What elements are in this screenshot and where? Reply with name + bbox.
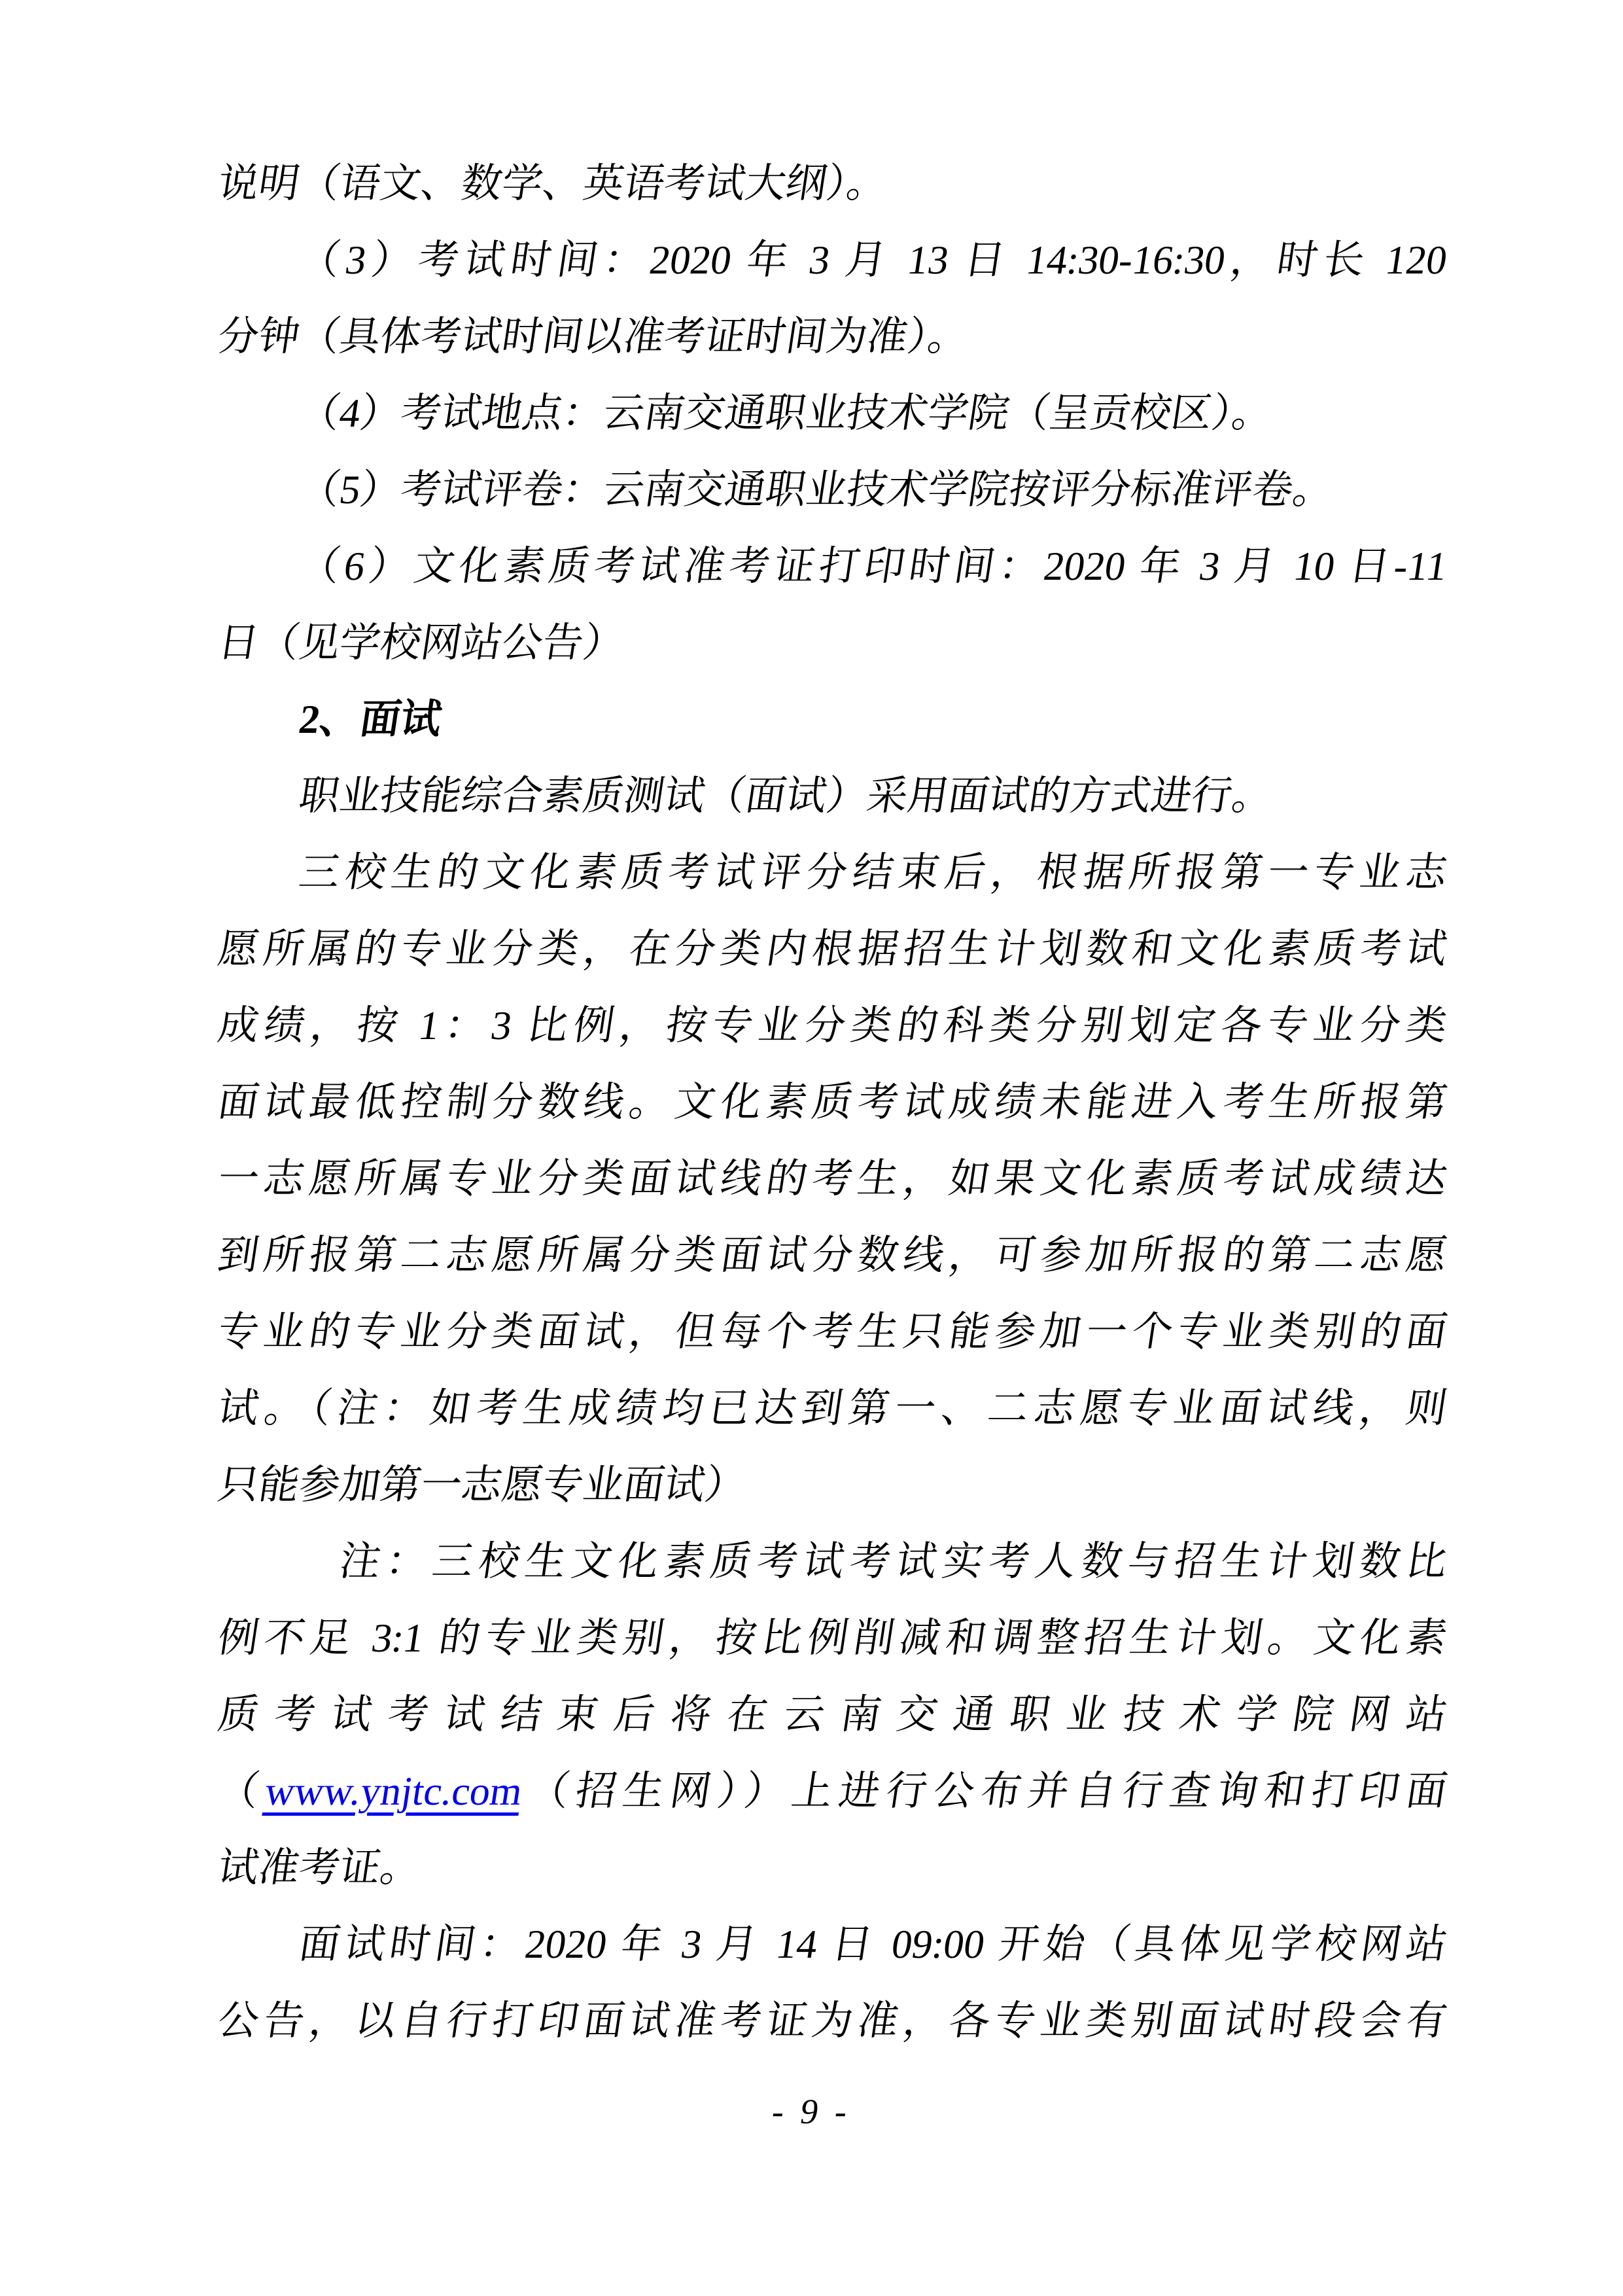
text-run: 说明（语文、数学、英语考试大纲）。 xyxy=(215,162,890,206)
text-run: 职业技能综合素质测试（面试）采用面试的方式进行。 xyxy=(296,774,1276,819)
text-run: （6）文化素质考试准考证打印时间：2020 年 3 月 10 日-11 xyxy=(296,544,1450,589)
text-run: 分钟（具体考试时间以准考证时间为准）。 xyxy=(215,315,971,359)
text-line: （6）文化素质考试准考证打印时间：2020 年 3 月 10 日-11 xyxy=(213,529,1452,605)
text-line: （3）考试时间：2020 年 3 月 13 日 14:30-16:30，时长 1… xyxy=(213,222,1452,299)
text-line: （4）考试地点：云南交通职业技术学院（呈贡校区）。 xyxy=(213,376,1452,452)
text-run: （4）考试地点：云南交通职业技术学院（呈贡校区）。 xyxy=(296,391,1276,436)
text-line: 日（见学校网站公告） xyxy=(213,605,1452,682)
text-run: 注：三校生文化素质考试考试实考人数与招生计划数比 xyxy=(336,1540,1450,1584)
text-line: 面试时间：2020 年 3 月 14 日 09:00 开始（具体见学校网站 xyxy=(213,1907,1452,1983)
text-run: 到所报第二志愿所属分类面试分数线，可参加所报的第二志愿 xyxy=(215,1233,1450,1278)
text-line: 试准考证。 xyxy=(213,1830,1452,1907)
text-run: （5）考试评卷：云南交通职业技术学院按评分标准评卷。 xyxy=(296,468,1336,512)
text-run: 只能参加第一志愿专业面试） xyxy=(215,1463,748,1508)
text-run: 2、面试 xyxy=(296,698,444,742)
text-run: 专业的专业分类面试，但每个考生只能参加一个专业类别的面 xyxy=(215,1310,1450,1354)
document-page: 说明（语文、数学、英语考试大纲）。（3）考试时间：2020 年 3 月 13 日… xyxy=(0,0,1623,2296)
page-number: - 9 - xyxy=(0,2081,1623,2143)
text-line: 质考试考试结束后将在云南交通职业技术学院网站 xyxy=(213,1677,1452,1754)
text-run: 例不足 3:1 的专业类别，按比例削减和调整招生计划。文化素 xyxy=(215,1616,1450,1661)
text-run: 试准考证。 xyxy=(215,1846,424,1890)
text-line: （5）考试评卷：云南交通职业技术学院按评分标准评卷。 xyxy=(213,452,1452,529)
text-line: 一志愿所属专业分类面试线的考生，如果文化素质考试成绩达 xyxy=(213,1141,1452,1218)
text-line: 注：三校生文化素质考试考试实考人数与招生计划数比 xyxy=(213,1524,1452,1600)
section-heading: 2、面试 xyxy=(213,682,1452,758)
text-run: 试。（注：如考生成绩均已达到第一、二志愿专业面试线，则 xyxy=(215,1386,1450,1431)
text-line: 只能参加第一志愿专业面试） xyxy=(213,1447,1452,1524)
text-run: 愿所属的专业分类，在分类内根据招生计划数和文化素质考试 xyxy=(215,927,1450,972)
text-line: 面试最低控制分数线。文化素质考试成绩未能进入考生所报第 xyxy=(213,1065,1452,1141)
text-run: （3）考试时间：2020 年 3 月 13 日 14:30-16:30，时长 1… xyxy=(296,238,1450,283)
text-line: 愿所属的专业分类，在分类内根据招生计划数和文化素质考试 xyxy=(213,911,1452,988)
text-line: 成绩，按 1：3 比例，按专业分类的科类分别划定各专业分类 xyxy=(213,988,1452,1065)
admissions-website-link[interactable]: www.ynjtc.com xyxy=(262,1769,525,1814)
text-run: 三校生的文化素质考试评分结束后，根据所报第一专业志 xyxy=(296,851,1450,895)
text-run: 日（见学校网站公告） xyxy=(215,621,627,665)
text-line: 公告，以自行打印面试准考证为准，各专业类别面试时段会有 xyxy=(213,1983,1452,2060)
text-run: 成绩，按 1：3 比例，按专业分类的科类分别划定各专业分类 xyxy=(215,1004,1450,1048)
text-line: 说明（语文、数学、英语考试大纲）。 xyxy=(213,146,1452,222)
text-run: 公告，以自行打印面试准考证为准，各专业类别面试时段会有 xyxy=(215,1999,1450,2043)
text-run: 面试最低控制分数线。文化素质考试成绩未能进入考生所报第 xyxy=(215,1080,1450,1125)
text-run: （ xyxy=(215,1769,268,1814)
text-line: 到所报第二志愿所属分类面试分数线，可参加所报的第二志愿 xyxy=(213,1218,1452,1294)
text-line: 三校生的文化素质考试评分结束后，根据所报第一专业志 xyxy=(213,835,1452,911)
text-line: 分钟（具体考试时间以准考证时间为准）。 xyxy=(213,299,1452,376)
text-line: 专业的专业分类面试，但每个考生只能参加一个专业类别的面 xyxy=(213,1294,1452,1371)
text-run: （招生网））上进行公布并自行查询和打印面 xyxy=(519,1769,1450,1814)
document-body-text: 说明（语文、数学、英语考试大纲）。（3）考试时间：2020 年 3 月 13 日… xyxy=(216,146,1444,2060)
text-run: 面试时间：2020 年 3 月 14 日 09:00 开始（具体见学校网站 xyxy=(296,1922,1450,1967)
text-line: 职业技能综合素质测试（面试）采用面试的方式进行。 xyxy=(213,758,1452,835)
text-line: （www.ynjtc.com（招生网））上进行公布并自行查询和打印面 xyxy=(213,1754,1452,1830)
text-line: 例不足 3:1 的专业类别，按比例削减和调整招生计划。文化素 xyxy=(213,1600,1452,1677)
text-run: 一志愿所属专业分类面试线的考生，如果文化素质考试成绩达 xyxy=(215,1157,1450,1201)
text-run: 质考试考试结束后将在云南交通职业技术学院网站 xyxy=(215,1693,1450,1737)
text-line: 试。（注：如考生成绩均已达到第一、二志愿专业面试线，则 xyxy=(213,1371,1452,1447)
